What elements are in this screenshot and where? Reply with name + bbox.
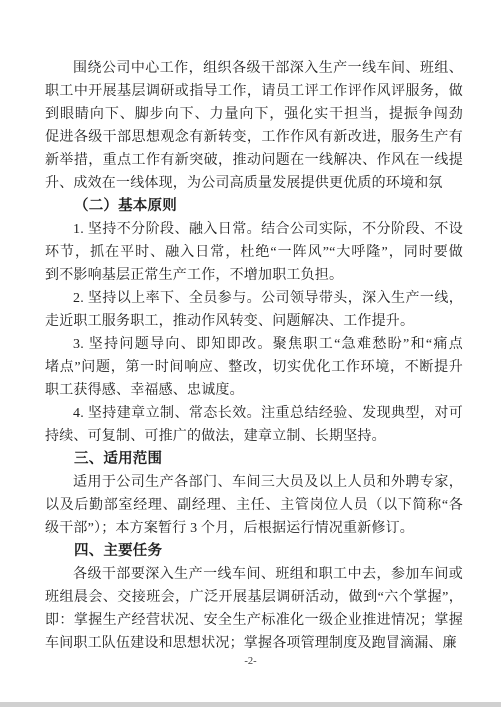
- text-line: 适用于公司生产各部门、车间三大员及以上人员和外聘专家，: [45, 471, 463, 494]
- text-line: 4. 坚持建章立制、常态长效。注重总结经验、发现典型，对可: [45, 402, 463, 425]
- text-line: 到眼睛向下、脚步向下、力量向下，强化实干担当，提振争闯劲头，: [45, 103, 463, 126]
- document-body: 围绕公司中心工作，组织各级干部深入生产一线车间、班组、职工中开展基层调研或指导工…: [45, 57, 463, 655]
- paragraph: 2. 坚持以上率下、全员参与。公司领导带头，深入生产一线，走近职工服务职工，推动…: [45, 287, 463, 333]
- text-line: 四、主要任务: [45, 540, 463, 563]
- text-line: 3. 坚持问题导向、即知即改。聚焦职工“急难愁盼”和“痛点: [45, 333, 463, 356]
- document-page: 围绕公司中心工作，组织各级干部深入生产一线车间、班组、职工中开展基层调研或指导工…: [0, 0, 501, 711]
- paragraph: 各级干部要深入生产一线车间、班组和职工中去，参加车间或班组晨会、交接班会，广泛开…: [45, 563, 463, 655]
- section-heading: 三、适用范围: [45, 448, 463, 471]
- text-line: 围绕公司中心工作，组织各级干部深入生产一线车间、班组、: [45, 57, 463, 80]
- text-line: 升、成效在一线体现，为公司高质量发展提供更优质的环境和氛围。: [45, 172, 463, 195]
- section-heading: 四、主要任务: [45, 540, 463, 563]
- text-line: （二）基本原则: [45, 195, 463, 218]
- paragraph: 3. 坚持问题导向、即知即改。聚焦职工“急难愁盼”和“痛点堵点”问题，第一时间响…: [45, 333, 463, 402]
- text-line: 持续、可复制、可推广的做法，建章立制、长期坚持。: [45, 425, 463, 448]
- text-line: 各级干部要深入生产一线车间、班组和职工中去，参加车间或: [45, 563, 463, 586]
- paragraph: 1. 坚持不分阶段、融入日常。结合公司实际，不分阶段、不设环节，抓在平时、融入日…: [45, 218, 463, 287]
- text-line: 三、适用范围: [45, 448, 463, 471]
- text-line: 新举措，重点工作有新突破，推动问题在一线解决、作风在一线提: [45, 149, 463, 172]
- text-line: 职工获得感、幸福感、忠诚度。: [45, 379, 463, 402]
- text-line: 走近职工服务职工，推动作风转变、问题解决、工作提升。: [45, 310, 463, 333]
- text-line: 2. 坚持以上率下、全员参与。公司领导带头，深入生产一线，: [45, 287, 463, 310]
- text-line: 车间职工队伍建设和思想状况；掌握各项管理制度及跑冒滴漏、廉: [45, 632, 463, 655]
- paragraph: 围绕公司中心工作，组织各级干部深入生产一线车间、班组、职工中开展基层调研或指导工…: [45, 57, 463, 195]
- paragraph: 4. 坚持建章立制、常态长效。注重总结经验、发现典型，对可持续、可复制、可推广的…: [45, 402, 463, 448]
- text-line: 到不影响基层正常生产工作，不增加职工负担。: [45, 264, 463, 287]
- text-line: 堵点”问题，第一时间响应、整改，切实优化工作环境，不断提升: [45, 356, 463, 379]
- text-line: 促进各级干部思想观念有新转变，工作作风有新改进，服务生产有: [45, 126, 463, 149]
- section-heading: （二）基本原则: [45, 195, 463, 218]
- text-line: 即：掌握生产经营状况、安全生产标准化一级企业推进情况；掌握: [45, 609, 463, 632]
- text-line: 环节，抓在平时、融入日常，杜绝“一阵风”“大呼隆”，同时要做: [45, 241, 463, 264]
- text-line: 1. 坚持不分阶段、融入日常。结合公司实际，不分阶段、不设: [45, 218, 463, 241]
- paragraph: 适用于公司生产各部门、车间三大员及以上人员和外聘专家，以及后勤部室经理、副经理、…: [45, 471, 463, 540]
- page-number: -2-: [0, 656, 501, 667]
- text-line: 职工中开展基层调研或指导工作，请员工评工作评作风评服务，做: [45, 80, 463, 103]
- text-line: 以及后勤部室经理、副经理、主任、主管岗位人员（以下简称“各: [45, 494, 463, 517]
- text-line: 班组晨会、交接班会，广泛开展基层调研活动，做到“六个掌握”，: [45, 586, 463, 609]
- page-bottom-edge: [0, 702, 501, 707]
- text-line: 级干部”）；本方案暂行 3 个月，后根据运行情况重新修订。: [45, 517, 463, 540]
